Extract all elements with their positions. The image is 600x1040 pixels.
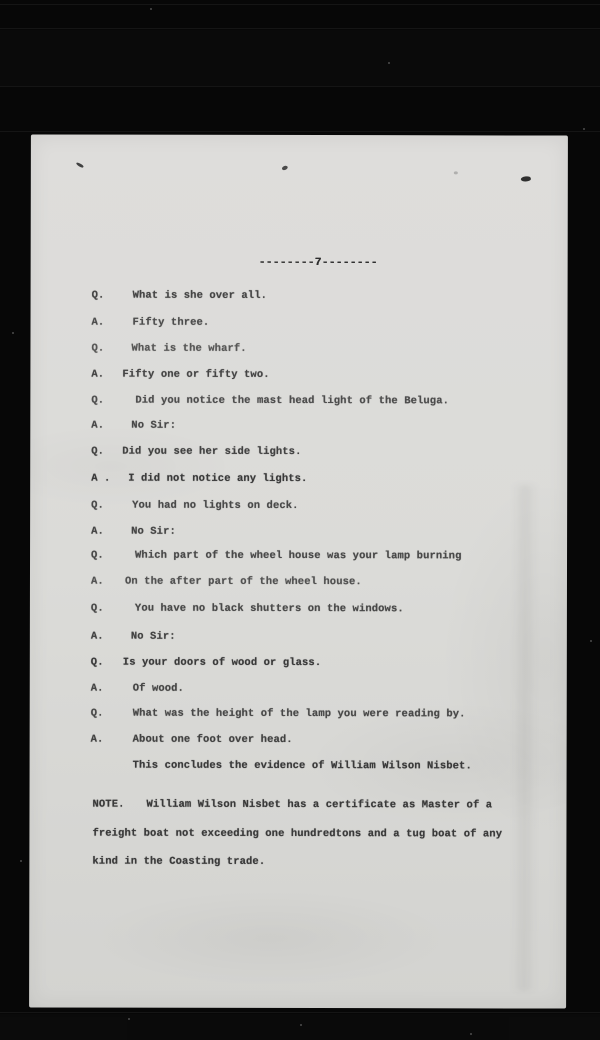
- qa-line: Q.What is the wharf.: [30, 343, 567, 344]
- note-line-text: William Wilson Nisbet has a certificate …: [146, 800, 492, 811]
- dust-speck: [300, 1024, 302, 1026]
- scan-seam: [0, 4, 600, 5]
- qa-line-text: Did you notice the mast head light of th…: [135, 396, 449, 407]
- qa-line: Q.What was the height of the lamp you we…: [30, 708, 567, 709]
- ink-speck: [281, 165, 288, 171]
- qa-line-text: What is the wharf.: [131, 344, 246, 355]
- qa-speaker-label: A.: [91, 527, 104, 538]
- qa-line: A .I did not notice any lights.: [30, 473, 567, 474]
- scan-band: [0, 1014, 600, 1040]
- qa-speaker-label: Q.: [91, 709, 104, 720]
- qa-speaker-label: A.: [91, 632, 104, 643]
- qa-line: A.Of wood.: [30, 683, 567, 684]
- dust-speck: [590, 640, 592, 642]
- scan-seam: [0, 86, 600, 87]
- qa-speaker-label: Q.: [91, 551, 104, 562]
- qa-speaker-label: A.: [92, 318, 105, 329]
- note-paragraph: NOTE.William Wilson Nisbet has a certifi…: [31, 134, 568, 135]
- qa-line-text: Of wood.: [133, 684, 184, 695]
- qa-speaker-label: A.: [91, 370, 104, 381]
- qa-line-text: No Sir:: [131, 527, 176, 538]
- qa-line-text: About one foot over head.: [133, 735, 293, 746]
- qa-line-text: No Sir:: [131, 632, 176, 643]
- closing-line: This concludes the evidence of William W…: [30, 760, 567, 761]
- qa-line-text: What was the height of the lamp you were…: [133, 709, 466, 720]
- ink-speck: [76, 162, 84, 169]
- qa-line-text: I did not notice any lights.: [128, 474, 307, 485]
- scan-streak: [511, 485, 538, 991]
- qa-speaker-label: A.: [91, 684, 104, 695]
- qa-line-text: No Sir:: [131, 421, 176, 432]
- qa-speaker-label: A.: [91, 421, 104, 432]
- qa-speaker-label: Q.: [92, 291, 105, 302]
- scanned-page-view: --------7-------- Q.What is she over all…: [0, 0, 600, 1040]
- scan-seam: [0, 131, 600, 132]
- qa-speaker-label: A .: [91, 474, 110, 485]
- qa-line: Q.Which part of the wheel house was your…: [30, 550, 567, 551]
- qa-line: A.No Sir:: [30, 526, 567, 527]
- testimony-qa-list: Q.What is she over all.A.Fifty three.Q.W…: [31, 134, 568, 135]
- qa-speaker-label: Q.: [91, 658, 104, 669]
- closing-line-text: This concludes the evidence of William W…: [133, 761, 472, 772]
- note-line-text: freight boat not exceeding one hundredto…: [92, 829, 502, 840]
- qa-line: Q.You have no black shutters on the wind…: [30, 603, 567, 604]
- qa-speaker-label: A.: [91, 577, 104, 588]
- qa-line-text: Fifty three.: [133, 318, 210, 329]
- note-label: NOTE.: [92, 800, 124, 811]
- qa-line-text: Is your doors of wood or glass.: [123, 658, 321, 669]
- dust-speck: [128, 1018, 130, 1020]
- dust-speck: [583, 128, 585, 130]
- note-line-text: kind in the Coasting trade.: [92, 857, 265, 868]
- qa-line: A.No Sir:: [30, 420, 567, 421]
- qa-line: A.On the after part of the wheel house.: [30, 576, 567, 577]
- qa-speaker-label: A.: [91, 735, 104, 746]
- qa-speaker-label: Q.: [91, 344, 104, 355]
- document-page: --------7-------- Q.What is she over all…: [29, 134, 568, 1008]
- note-line: freight boat not exceeding one hundredto…: [29, 828, 566, 829]
- qa-line: A.Fifty three.: [31, 317, 568, 318]
- qa-speaker-label: Q.: [91, 501, 104, 512]
- note-line: NOTE.William Wilson Nisbet has a certifi…: [30, 799, 567, 800]
- scan-band: [0, 30, 600, 86]
- qa-line-text: You have no black shutters on the window…: [135, 604, 404, 615]
- qa-line: Q.Is your doors of wood or glass.: [30, 657, 567, 658]
- qa-line-text: On the after part of the wheel house.: [125, 577, 362, 588]
- qa-speaker-label: Q.: [91, 604, 104, 615]
- qa-line-text: Which part of the wheel house was your l…: [135, 551, 461, 562]
- qa-line: Q.You had no lights on deck.: [30, 500, 567, 501]
- dust-speck: [20, 860, 22, 862]
- qa-speaker-label: Q.: [91, 396, 104, 407]
- dust-speck: [150, 8, 152, 10]
- note-line: kind in the Coasting trade.: [29, 856, 566, 857]
- dust-speck: [388, 62, 390, 64]
- qa-line-text: Fifty one or fifty two.: [122, 370, 269, 381]
- qa-line: Q.Did you notice the mast head light of …: [30, 395, 567, 396]
- dust-speck: [470, 1033, 472, 1035]
- ink-speck: [454, 171, 458, 174]
- qa-speaker-label: Q.: [91, 447, 104, 458]
- qa-line: A.About one foot over head.: [30, 734, 567, 735]
- page-number-divider: --------7--------: [259, 257, 378, 269]
- scan-seam: [0, 1012, 600, 1013]
- qa-line: A.No Sir:: [30, 631, 567, 632]
- dust-speck: [12, 332, 14, 334]
- qa-line: Q.What is she over all.: [31, 290, 568, 291]
- qa-line: Q.Did you see her side lights.: [30, 446, 567, 447]
- qa-line-text: Did you see her side lights.: [122, 447, 301, 458]
- qa-line: A.Fifty one or fifty two.: [30, 369, 567, 370]
- ink-speck: [521, 176, 532, 182]
- qa-line-text: What is she over all.: [133, 291, 267, 302]
- scan-seam: [0, 28, 600, 29]
- qa-line-text: You had no lights on deck.: [132, 501, 298, 512]
